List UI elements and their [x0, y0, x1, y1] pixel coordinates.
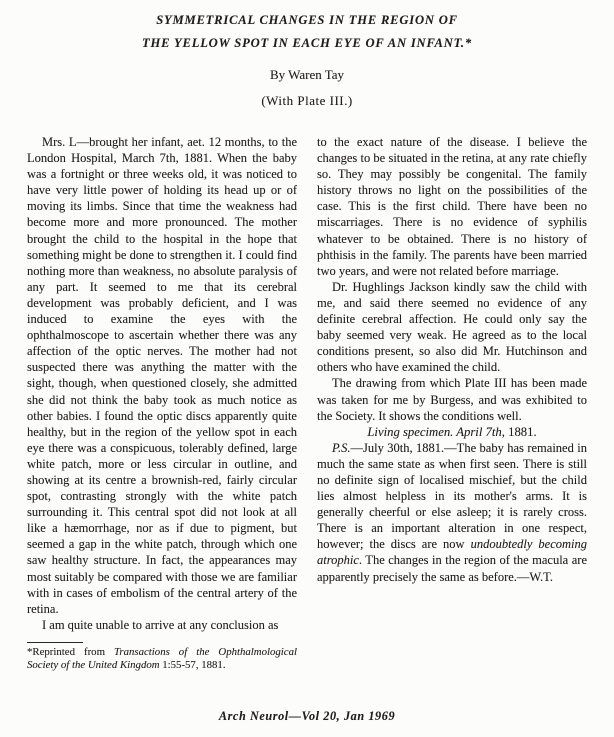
paragraph-conclusion-start: I am quite unable to arrive at any concl…: [27, 617, 297, 633]
author-byline: By Waren Tay: [0, 67, 614, 83]
scanned-paper-page: SYMMETRICAL CHANGES IN THE REGION OF THE…: [0, 0, 614, 737]
left-column: Mrs. L—brought her infant, aet. 12 month…: [27, 134, 297, 673]
article-title-line-1: SYMMETRICAL CHANGES IN THE REGION OF: [0, 9, 614, 32]
paragraph-postscript: P.S.—July 30th, 1881.—The baby has remai…: [317, 440, 587, 585]
two-column-body: Mrs. L—brought her infant, aet. 12 month…: [0, 134, 614, 673]
paragraph-case-history: Mrs. L—brought her infant, aet. 12 month…: [27, 134, 297, 617]
paragraph-plate-drawing: The drawing from which Plate III has bee…: [317, 375, 587, 423]
reprint-footnote: *Reprinted from Transactions of the Opht…: [27, 646, 297, 673]
plate-reference-note: (With Plate III.): [0, 93, 614, 109]
article-header: SYMMETRICAL CHANGES IN THE REGION OF THE…: [0, 0, 614, 109]
right-column: to the exact nature of the disease. I be…: [317, 134, 587, 673]
living-specimen-heading: Living specimen. April 7th, 1881.: [317, 424, 587, 440]
article-title-line-2: THE YELLOW SPOT IN EACH EYE OF AN INFANT…: [0, 32, 614, 55]
journal-footer: Arch Neurol—Vol 20, Jan 1969: [0, 709, 614, 724]
paragraph-hughlings-jackson: Dr. Hughlings Jackson kindly saw the chi…: [317, 279, 587, 376]
paragraph-disease-nature: to the exact nature of the disease. I be…: [317, 134, 587, 279]
footnote-divider-rule: [27, 642, 83, 643]
